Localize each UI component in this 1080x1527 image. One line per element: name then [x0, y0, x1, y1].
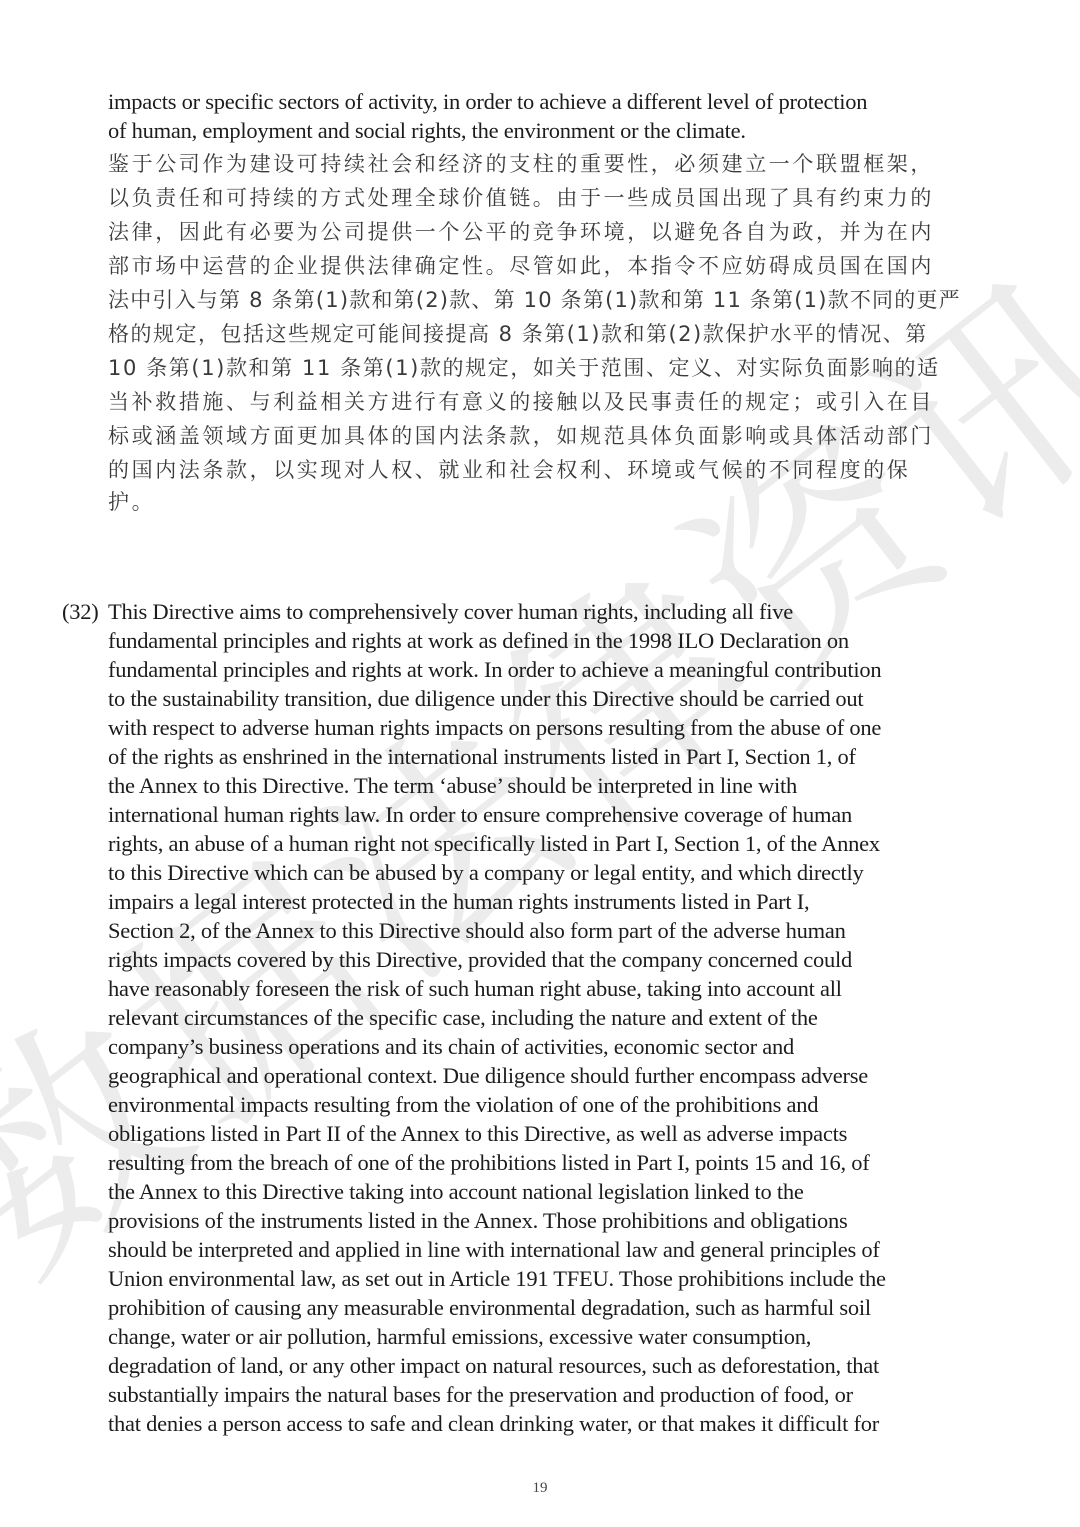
document-page: 数据法律资讯 impacts or specific sectors of ac… [0, 0, 1080, 1527]
para31-en-line-2: of human, employment and social rights, … [108, 118, 746, 144]
para32-line-6: of the rights as enshrined in the intern… [108, 744, 856, 770]
para31-zh-line-8: 当补救措施、与利益相关方进行有意义的接触以及民事责任的规定；或引入在目 [108, 386, 934, 416]
para32-line-29: that denies a person access to safe and … [108, 1411, 879, 1437]
para32-line-22: provisions of the instruments listed in … [108, 1208, 848, 1234]
para32-line-21: the Annex to this Directive taking into … [108, 1179, 804, 1205]
para32-line-26: change, water or air pollution, harmful … [108, 1324, 811, 1350]
para31-en-line-1: impacts or specific sectors of activity,… [108, 89, 867, 115]
para32-line-1: This Directive aims to comprehensively c… [108, 599, 793, 625]
para32-line-8: international human rights law. In order… [108, 802, 852, 828]
para32-line-5: with respect to adverse human rights imp… [108, 715, 881, 741]
para32-line-14: have reasonably foreseen the risk of suc… [108, 976, 842, 1002]
para31-zh-line-10: 的国内法条款，以实现对人权、就业和社会权利、环境或气候的不同程度的保 [108, 454, 910, 484]
para32-line-20: resulting from the breach of one of the … [108, 1150, 869, 1176]
para32-line-9: rights, an abuse of a human right not sp… [108, 831, 880, 857]
para32-line-24: Union environmental law, as set out in A… [108, 1266, 886, 1292]
para32-line-25: prohibition of causing any measurable en… [108, 1295, 871, 1321]
para32-line-23: should be interpreted and applied in lin… [108, 1237, 880, 1263]
para32-line-3: fundamental principles and rights at wor… [108, 657, 881, 683]
para31-zh-line-9: 标或涵盖领域方面更加具体的国内法条款，如规范具体负面影响或具体活动部门 [108, 420, 934, 450]
page-number: 19 [0, 1480, 1080, 1497]
para31-zh-line-11: 护。 [108, 486, 155, 516]
para32-line-11: impairs a legal interest protected in th… [108, 889, 809, 915]
para32-line-19: obligations listed in Part II of the Ann… [108, 1121, 847, 1147]
para32-line-17: geographical and operational context. Du… [108, 1063, 868, 1089]
para32-line-27: degradation of land, or any other impact… [108, 1353, 879, 1379]
para31-zh-line-1: 鉴于公司作为建设可持续社会和经济的支柱的重要性，必须建立一个联盟框架， [108, 148, 934, 178]
para32-line-28: substantially impairs the natural bases … [108, 1382, 853, 1408]
para31-zh-line-6: 格的规定，包括这些规定可能间接提高 8 条第(1)款和第(2)款保护水平的情况、… [108, 318, 928, 348]
para32-line-15: relevant circumstances of the specific c… [108, 1005, 818, 1031]
para32-line-10: to this Directive which can be abused by… [108, 860, 864, 886]
para32-line-4: to the sustainability transition, due di… [108, 686, 863, 712]
para31-zh-line-2: 以负责任和可持续的方式处理全球价值链。由于一些成员国出现了具有约束力的 [108, 182, 934, 212]
para31-zh-line-7: 10 条第(1)款和第 11 条第(1)款的规定，如关于范围、定义、对实际负面影… [108, 352, 940, 382]
para31-zh-line-5: 法中引入与第 8 条第(1)款和第(2)款、第 10 条第(1)款和第 11 条… [108, 284, 961, 314]
para32-line-12: Section 2, of the Annex to this Directiv… [108, 918, 846, 944]
para32-line-16: company’s business operations and its ch… [108, 1034, 794, 1060]
para31-zh-line-4: 部市场中运营的企业提供法律确定性。尽管如此，本指令不应妨碍成员国在国内 [108, 250, 934, 280]
para32-line-2: fundamental principles and rights at wor… [108, 628, 849, 654]
para32-line-7: the Annex to this Directive. The term ‘a… [108, 773, 797, 799]
para32-line-18: environmental impacts resulting from the… [108, 1092, 818, 1118]
para32-number: (32) [62, 599, 99, 625]
para31-zh-line-3: 法律，因此有必要为公司提供一个公平的竞争环境，以避免各自为政，并为在内 [108, 216, 934, 246]
para32-line-13: rights impacts covered by this Directive… [108, 947, 852, 973]
